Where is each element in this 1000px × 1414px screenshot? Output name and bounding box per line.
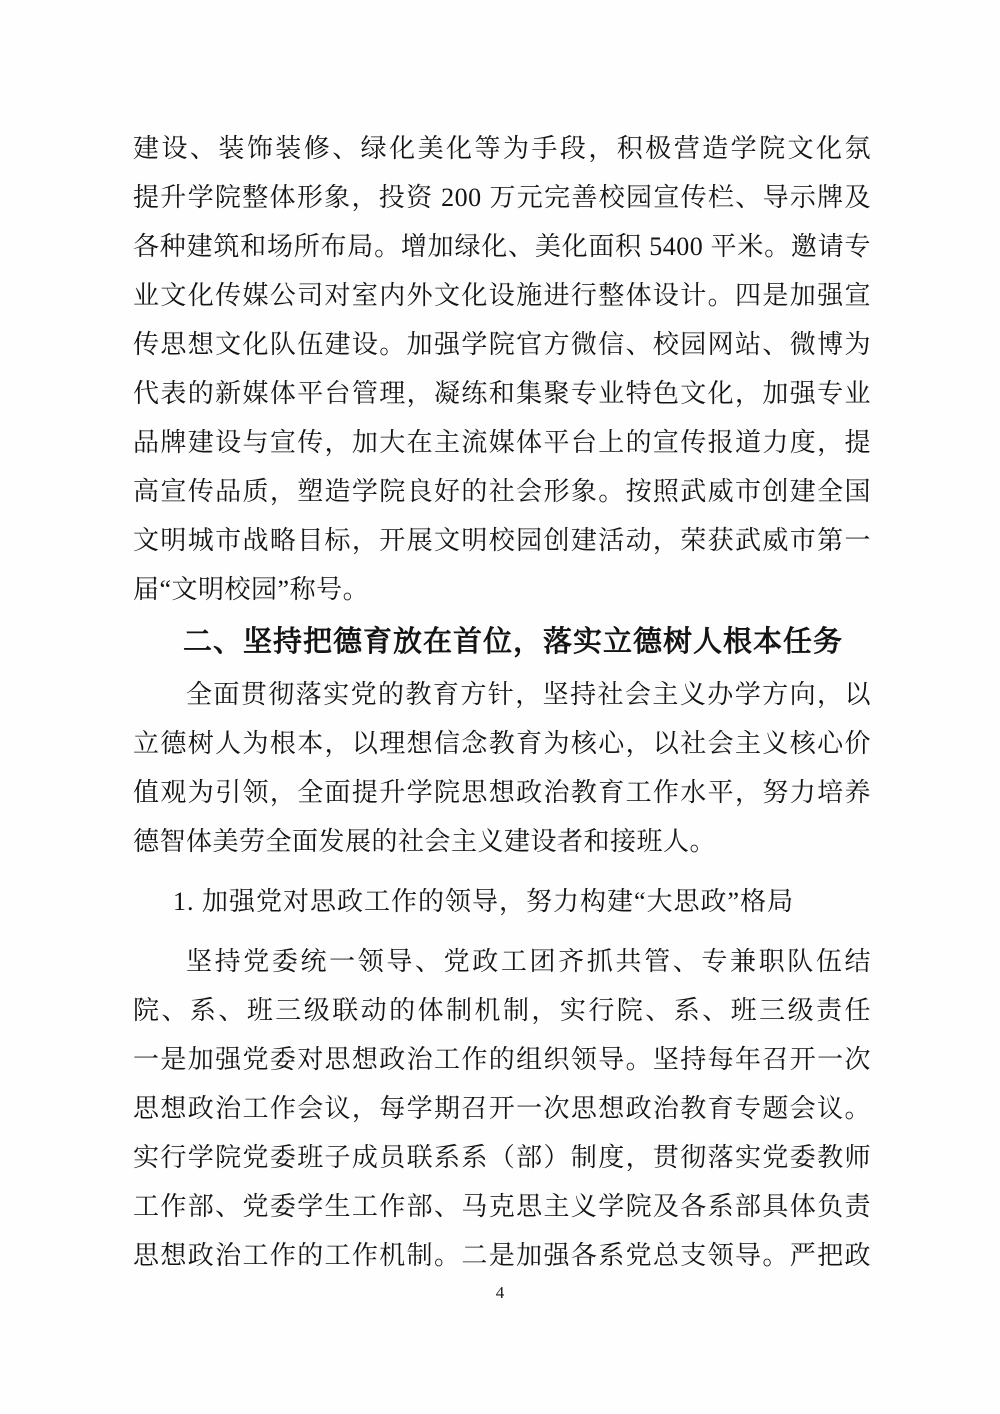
body-line: 值观为引领，全面提升学院思想政治教育工作水平，努力培养 [133, 768, 871, 817]
body-line: 提升学院整体形象，投资 200 万元完善校园宣传栏、导示牌及 [133, 173, 871, 222]
body-line: 业文化传媒公司对室内外文化设施进行整体设计。四是加强宣 [133, 271, 871, 320]
body-line: 各种建筑和场所布局。增加绿化、美化面积 5400 平米。邀请专 [133, 222, 871, 271]
body-line: 坚持党委统一领导、党政工团齐抓共管、专兼职队伍结合， [133, 937, 871, 986]
body-line: 全面贯彻落实党的教育方针，坚持社会主义办学方向，以 [133, 670, 871, 719]
subsection-heading-1: 1. 加强党对思政工作的领导，努力构建“大思政”格局 [133, 877, 871, 926]
body-line: 实行学院党委班子成员联系系（部）制度，贯彻落实党委教师 [133, 1133, 871, 1182]
body-line: 思想政治工作的工作机制。二是加强各系党总支领导。严把政 [133, 1231, 871, 1280]
paragraph-3: 坚持党委统一领导、党政工团齐抓共管、专兼职队伍结合， 院、系、班三级联动的体制机… [133, 937, 871, 1280]
body-line: 高宣传品质，塑造学院良好的社会形象。按照武威市创建全国 [133, 467, 871, 516]
document-page: 建设、装饰装修、绿化美化等为手段，积极营造学院文化氛围， 提升学院整体形象，投资… [0, 0, 1000, 1414]
body-line: 建设、装饰装修、绿化美化等为手段，积极营造学院文化氛围， [133, 124, 871, 173]
body-line: 一是加强党委对思想政治工作的组织领导。坚持每年召开一次 [133, 1035, 871, 1084]
body-line: 传思想文化队伍建设。加强学院官方微信、校园网站、微博为 [133, 320, 871, 369]
paragraph-2: 全面贯彻落实党的教育方针，坚持社会主义办学方向，以 立德树人为根本，以理想信念教… [133, 670, 871, 866]
body-line: 德智体美劳全面发展的社会主义建设者和接班人。 [133, 817, 871, 866]
body-line: 工作部、党委学生工作部、马克思主义学院及各系部具体负责 [133, 1182, 871, 1231]
body-line: 立德树人为根本，以理想信念教育为核心，以社会主义核心价 [133, 719, 871, 768]
body-line: 院、系、班三级联动的体制机制，实行院、系、班三级责任制。 [133, 986, 871, 1035]
body-line: 思想政治工作会议，每学期召开一次思想政治教育专题会议。 [133, 1084, 871, 1133]
section-heading-2: 二、坚持把德育放在首位，落实立德树人根本任务 [133, 614, 871, 670]
footer-page-number: 4 [0, 1283, 1000, 1303]
body-line: 代表的新媒体平台管理，凝练和集聚专业特色文化，加强专业 [133, 369, 871, 418]
body-line: 品牌建设与宣传，加大在主流媒体平台上的宣传报道力度，提 [133, 418, 871, 467]
body-line: 文明城市战略目标，开展文明校园创建活动，荣获武威市第一 [133, 516, 871, 565]
paragraph-continuation: 建设、装饰装修、绿化美化等为手段，积极营造学院文化氛围， 提升学院整体形象，投资… [133, 124, 871, 614]
body-line: 届“文明校园”称号。 [133, 565, 871, 614]
text-content: 建设、装饰装修、绿化美化等为手段，积极营造学院文化氛围， 提升学院整体形象，投资… [133, 124, 871, 1280]
